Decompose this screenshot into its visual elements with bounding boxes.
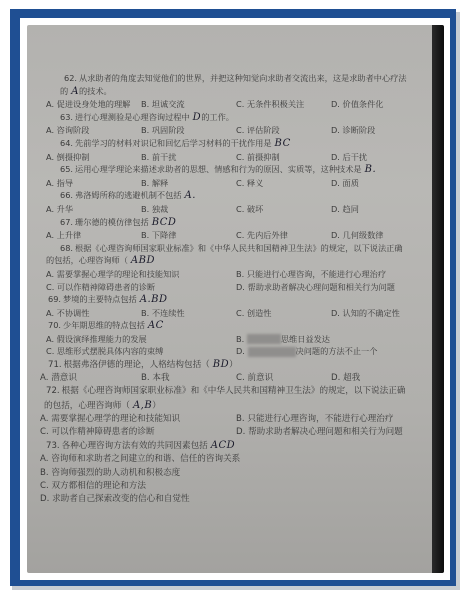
option-a: A. 咨询师和求助者之间建立的和谐、信任的咨询关系 (40, 453, 420, 466)
option-b: B. 巩固阶段 (135, 124, 230, 137)
question-70: 70.少年期思维的特点包括AC (40, 319, 420, 333)
option-d: D. 诊断阶段 (325, 124, 420, 137)
question-72: 72.根据《心理咨询师国家职业标准》和《中华人民共和国精神卫生法》的规定，以下说… (40, 385, 420, 398)
exam-questions: 62.从求助者的角度去知觉他们的世界，并把这种知觉向求助者交流出来，这是求助者中… (40, 72, 420, 506)
exam-paper-photo: 62.从求助者的角度去知觉他们的世界，并把这种知觉向求助者交流出来，这是求助者中… (27, 25, 444, 573)
option-c: C. 前摄抑制 (230, 151, 325, 164)
option-b: B. 解释 (135, 177, 230, 190)
option-c: C. 无条件积极关注 (230, 98, 325, 111)
option-a: A. 升华 (40, 203, 135, 216)
option-b: B. 不连续性 (135, 307, 230, 320)
redacted-blur (248, 347, 296, 357)
question-63: 63.进行心理测验是心理咨询过程中D的工作。 (40, 111, 420, 125)
question-69: 69.梦境的主要特点包括A.BD (40, 293, 420, 307)
question-73: 73.各种心理咨询方法有效的共同因素包括ACD (40, 439, 420, 453)
question-65-options: A. 指导 B. 解释 C. 释义 D. 面质 (40, 177, 420, 190)
question-72-options-row2: C. 可以作精神障碍患者的诊断 D. 帮助求助者解决心理问题和相关行为问题 (40, 426, 420, 439)
option-d: D. 决问题的方法不止一个 (230, 345, 420, 358)
option-b: B. 下降律 (135, 229, 230, 242)
question-66-options: A. 升华 B. 独裁 C. 破坏 D. 趋同 (40, 203, 420, 216)
handwritten-answer: AC (148, 320, 164, 331)
question-72-options-row1: A. 需要掌握心理学的理论和技能知识 B. 只能进行心理咨询，不能进行心理治疗 (40, 413, 420, 426)
option-b: B. 前干扰 (135, 151, 230, 164)
question-67-options: A. 上升律 B. 下降律 C. 先内后外律 D. 几何级数律 (40, 229, 420, 242)
option-d: D. 几何级数律 (325, 229, 420, 242)
option-a: A. 潜意识 (40, 372, 135, 385)
option-d: D. 面质 (325, 177, 420, 190)
option-c: C. 双方都相信的理论和方法 (40, 480, 420, 493)
option-a: A. 需要掌握心理学的理论和技能知识 (40, 268, 230, 281)
question-62: 62.从求助者的角度去知觉他们的世界，并把这种知觉向求助者交流出来，这是求助者中… (40, 72, 420, 85)
question-70-options-row2: C. 思维形式摆脱具体内容的束缚 D. 决问题的方法不止一个 (40, 345, 420, 358)
handwritten-answer: A (71, 86, 79, 97)
handwritten-answer: BC (275, 138, 291, 149)
question-63-options: A. 咨询阶段 B. 巩固阶段 C. 评估阶段 D. 诊断阶段 (40, 124, 420, 137)
option-a: A. 指导 (40, 177, 135, 190)
option-a: A. 不协调性 (40, 307, 135, 320)
option-b: B. 坦诚交流 (135, 98, 230, 111)
handwritten-answer: BD (213, 359, 229, 370)
redacted-blur (247, 334, 281, 344)
handwritten-answer: A.BD (140, 294, 168, 305)
question-66: 66.弗洛姆所称的逃避机制不包括A. (40, 189, 420, 203)
option-a: A. 倒摄抑制 (40, 151, 135, 164)
option-b: B. 独裁 (135, 203, 230, 216)
question-71: 71.根据弗洛伊德的理论，人格结构包括（BD） (40, 358, 420, 372)
option-b: B. 只能进行心理咨询，不能进行心理治疗 (230, 413, 420, 426)
question-62-options: A. 促进设身处地的理解 B. 坦诚交流 C. 无条件积极关注 D. 价值条件化 (40, 98, 420, 111)
handwritten-answer: A,B (133, 400, 152, 411)
question-65: 65.运用心理学理论来描述求助者的思想、情感和行为的原因、实质等，这种技术是B. (40, 163, 420, 177)
question-71-options: A. 潜意识 B. 本我 C. 前意识 D. 超我 (40, 372, 420, 385)
option-d: D. 超我 (325, 372, 420, 385)
question-70-options-row1: A. 假设演绎推理能力的发展 B. 思维日益发达 (40, 333, 420, 346)
option-c: C. 评估阶段 (230, 124, 325, 137)
option-d: D. 趋同 (325, 203, 420, 216)
option-b: B. 本我 (135, 372, 230, 385)
option-d: D. 价值条件化 (325, 98, 420, 111)
question-67: 67.珊尔德的模仿律包括BCD (40, 216, 420, 230)
option-d: D. 帮助求助者解决心理问题和相关行为问题 (230, 426, 420, 439)
option-a: A. 假设演绎推理能力的发展 (40, 333, 230, 346)
question-68-options-row2: C. 可以作精神障碍患者的诊断 D. 帮助求助者解决心理问题和相关行为问题 (40, 281, 420, 294)
paper-edge-shadow (432, 25, 444, 573)
option-c: C. 创造性 (230, 307, 325, 320)
option-b: B. 思维日益发达 (230, 333, 420, 346)
handwritten-answer: ACD (211, 440, 235, 451)
handwritten-answer: A. (184, 190, 195, 201)
option-d: D. 帮助求助者解决心理问题和相关行为问题 (230, 281, 420, 294)
question-stem: 从求助者的角度去知觉他们的世界，并把这种知觉向求助者交流出来，这是求助者中心疗法 (79, 73, 407, 83)
option-a: A. 促进设身处地的理解 (40, 98, 135, 111)
option-a: A. 上升律 (40, 229, 135, 242)
question-64: 64.先前学习的材料对识记和回忆后学习材料的干扰作用是BC (40, 137, 420, 151)
option-a: A. 需要掌握心理学的理论和技能知识 (40, 413, 230, 426)
handwritten-answer: B. (365, 164, 377, 175)
handwritten-answer: BCD (152, 217, 177, 228)
option-c: C. 前意识 (230, 372, 325, 385)
option-d: D. 后干扰 (325, 151, 420, 164)
question-62-cont: 的A的技术。 (40, 85, 420, 99)
option-c: C. 破坏 (230, 203, 325, 216)
question-72-cont: 的包括，心理咨询师（A,B） (40, 399, 420, 413)
question-64-options: A. 倒摄抑制 B. 前干扰 C. 前摄抑制 D. 后干扰 (40, 151, 420, 164)
question-68: 68.根据《心理咨询师国家职业标准》和《中华人民共和国精神卫生法》的规定，以下说… (40, 242, 420, 255)
question-69-options: A. 不协调性 B. 不连续性 C. 创造性 D. 认知的不确定性 (40, 307, 420, 320)
option-c: C. 可以作精神障碍患者的诊断 (40, 426, 230, 439)
option-c: C. 先内后外律 (230, 229, 325, 242)
option-c: C. 释义 (230, 177, 325, 190)
option-c: C. 思维形式摆脱具体内容的束缚 (40, 345, 230, 358)
handwritten-answer: D (193, 112, 202, 123)
handwritten-answer: ABD (131, 255, 155, 266)
question-68-cont: 的包括，心理咨询师（ABD (40, 254, 420, 268)
option-b: B. 只能进行心理咨询，不能进行心理治疗 (230, 268, 420, 281)
option-a: A. 咨询阶段 (40, 124, 135, 137)
question-68-options-row1: A. 需要掌握心理学的理论和技能知识 B. 只能进行心理咨询，不能进行心理治疗 (40, 268, 420, 281)
option-b: B. 咨询师强烈的助人动机和积极态度 (40, 467, 420, 480)
option-d: D. 认知的不确定性 (325, 307, 420, 320)
option-c: C. 可以作精神障碍患者的诊断 (40, 281, 230, 294)
option-d: D. 求助者自己探索改变的信心和自觉性 (40, 493, 420, 506)
